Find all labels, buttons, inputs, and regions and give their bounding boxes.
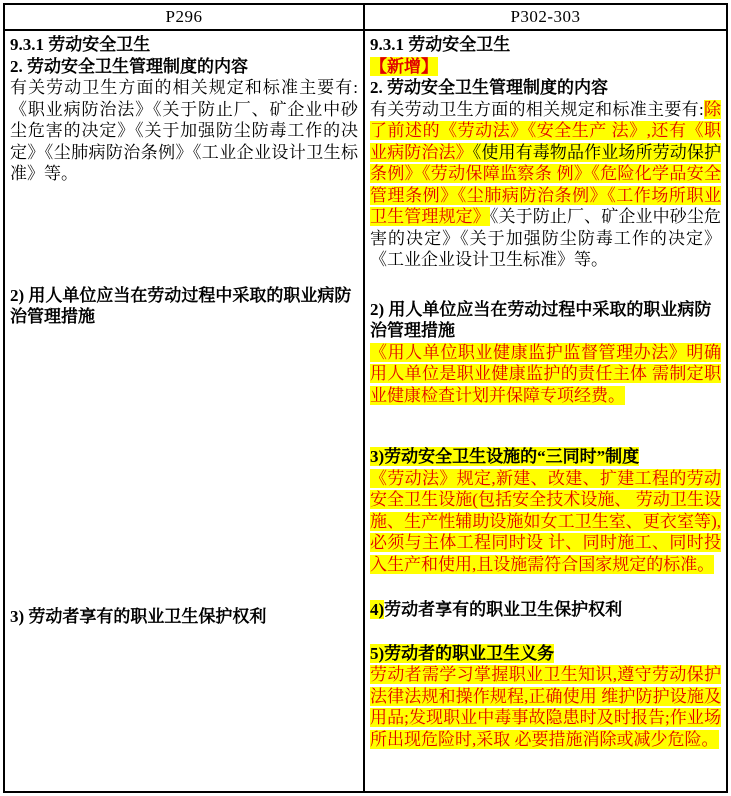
subsection-heading: 2. 劳动安全卫生管理制度的内容 xyxy=(370,77,721,99)
list-item-5-body: 劳动者需学习掌握职业卫生知识,遵守劳动保护法律法规和操作规程,正确使用 维护防护… xyxy=(370,664,721,750)
list-item-2-body: 《用人单位职业健康监护监督管理办法》明确用人单位是职业健康监护的责任主体 需制定… xyxy=(370,342,721,407)
list-item-2-heading: 2) 用人单位应当在劳动过程中采取的职业病防治管理措施 xyxy=(370,299,721,342)
list-item-4-label: 劳动者享有的职业卫生保护权利 xyxy=(384,600,622,619)
regulations-paragraph: 有关劳动卫生方面的相关规定和标准主要有:除了前述的《劳动法》《安全生产 法》,还… xyxy=(370,99,721,271)
list-item-3-heading: 3)劳动安全卫生设施的“三同时”制度 xyxy=(370,446,721,468)
table-header-row: P296 P302-303 xyxy=(5,5,726,31)
header-cell-p302-303: P302-303 xyxy=(365,5,726,29)
list-item-3: 3) 劳动者享有的职业卫生保护权利 xyxy=(10,606,358,628)
new-badge: 【新增】 xyxy=(370,57,438,76)
section-heading: 9.3.1 劳动安全卫生 xyxy=(370,34,721,56)
subsection-heading: 2. 劳动安全卫生管理制度的内容 xyxy=(10,56,358,78)
new-badge-line: 【新增】 xyxy=(370,56,721,78)
section-heading: 9.3.1 劳动安全卫生 xyxy=(10,34,358,56)
table-body-row: 9.3.1 劳动安全卫生 2. 劳动安全卫生管理制度的内容 有关劳动卫生方面的相… xyxy=(5,31,726,791)
added-text-highlight: 劳动者需学习掌握职业卫生知识,遵守劳动保护法律法规和操作规程,正确使用 维护防护… xyxy=(370,665,721,749)
added-text-highlight: 《劳动法》规定,新建、改建、扩建工程的劳动安全卫生设施(包括安全技术设施、 劳动… xyxy=(370,469,721,574)
left-column-p296: 9.3.1 劳动安全卫生 2. 劳动安全卫生管理制度的内容 有关劳动卫生方面的相… xyxy=(5,31,365,791)
highlighted-heading: 5)劳动者的职业卫生义务 xyxy=(370,644,554,663)
page-comparison-table: P296 P302-303 9.3.1 劳动安全卫生 2. 劳动安全卫生管理制度… xyxy=(3,3,728,793)
list-item-4: 4)劳动者享有的职业卫生保护权利 xyxy=(370,599,721,621)
highlighted-black-text: 《使用有毒物品作业场所劳动保护 xyxy=(473,143,721,162)
right-column-p302-303: 9.3.1 劳动安全卫生 【新增】 2. 劳动安全卫生管理制度的内容 有关劳动卫… xyxy=(365,31,726,791)
regulations-paragraph: 有关劳动卫生方面的相关规定和标准主要有:《职业病防治法》《关于防止厂、矿企业中砂… xyxy=(10,77,358,185)
highlighted-heading: 3)劳动安全卫生设施的“三同时”制度 xyxy=(370,447,639,466)
added-text-highlight: 《用人单位职业健康监护监督管理办法》明确用人单位是职业健康监护的责任主体 需制定… xyxy=(370,343,721,405)
list-item-5-heading: 5)劳动者的职业卫生义务 xyxy=(370,643,721,665)
header-cell-p296: P296 xyxy=(5,5,365,29)
highlighted-number: 4) xyxy=(370,600,384,619)
list-item-2: 2) 用人单位应当在劳动过程中采取的职业病防治管理措施 xyxy=(10,285,358,328)
paragraph-intro: 有关劳动卫生方面的相关规定和标准主要有: xyxy=(370,100,704,119)
list-item-3-body: 《劳动法》规定,新建、改建、扩建工程的劳动安全卫生设施(包括安全技术设施、 劳动… xyxy=(370,468,721,576)
